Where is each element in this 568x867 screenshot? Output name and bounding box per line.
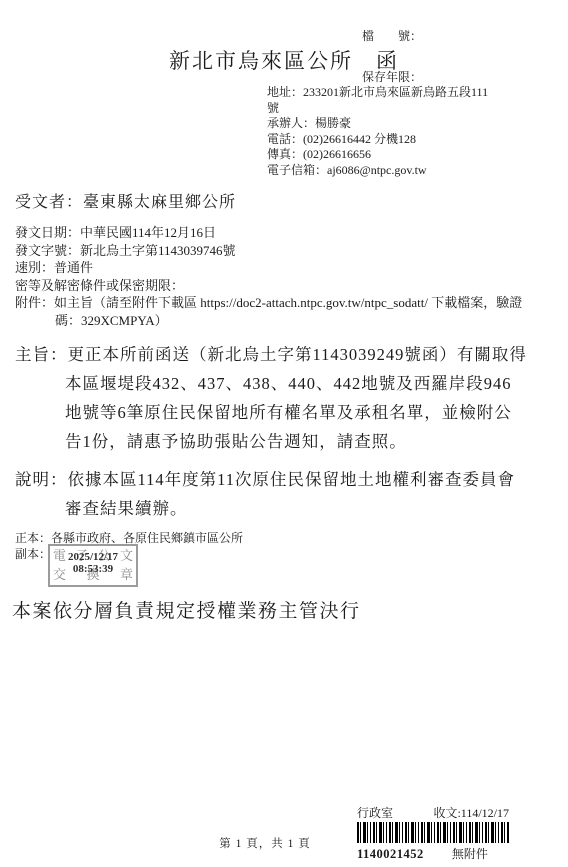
subject-paragraph: 主旨：更正本所前函送（新北烏土字第1143039249號函）有關取得本區堰堤段4… [15,340,527,456]
received-date: 收文:114/12/17 [433,806,509,820]
explanation-label: 說明： [15,470,68,489]
sender-address: 地址：233201新北市烏來區新烏路五段111號 [267,85,493,116]
receipt-registration-block: 行政室 收文:114/12/17 1140021452 無附件 [357,806,509,862]
stamp-time: 08:53:39 [50,563,136,575]
sender-contact-block: 地址：233201新北市烏來區新烏路五段111號 承辦人：楊勝豪 電話：(02)… [267,85,493,179]
sender-email: 電子信箱：aj6086@ntpc.gov.tw [267,163,493,179]
explanation-paragraph: 說明：依據本區114年度第11次原住民保留地土地權利審查委員會審查結果續辦。 [15,465,527,523]
speed-class-line: 速別：普通件 [15,259,560,277]
subject-text: 更正本所前函送（新北烏土字第1143039249號函）有關取得本區堰堤段432、… [65,345,527,451]
explanation-text: 依據本區114年度第11次原住民保留地土地權利審查委員會審查結果續辦。 [65,470,515,518]
sender-phone: 電話：(02)26616442 分機128 [267,132,493,148]
document-meta-block: 發文日期：中華民國114年12月16日 發文字號：新北烏土字第114303974… [15,224,560,330]
issue-number-line: 發文字號：新北烏土字第1143039746號 [15,242,560,260]
electronic-exchange-stamp: 電子公文 交換章 2025/12/17 08:53:39 [48,544,138,587]
sender-fax: 傳真：(02)26616656 [267,147,493,163]
security-class-line: 密等及解密條件或保密期限： [15,277,560,295]
page-number-footer: 第 1 頁，共 1 頁 [0,835,530,851]
document-title: 新北市烏來區公所 函 [0,45,568,75]
recipient-line: 受文者：臺東縣太麻里鄉公所 [15,189,236,212]
subject-label: 主旨： [15,345,68,364]
receiving-department: 行政室 [357,806,393,820]
file-number-label: 檔 號： [362,30,422,44]
sender-contact-person: 承辦人：楊勝豪 [267,116,493,132]
issue-date-line: 發文日期：中華民國114年12月16日 [15,224,560,242]
attachment-line: 附件：如主旨（請至附件下載區 https://doc2-attach.ntpc.… [15,294,535,329]
stamp-date: 2025/12/17 [50,551,136,563]
decision-authority-line: 本案依分層負責規定授權業務主管決行 [12,596,361,623]
